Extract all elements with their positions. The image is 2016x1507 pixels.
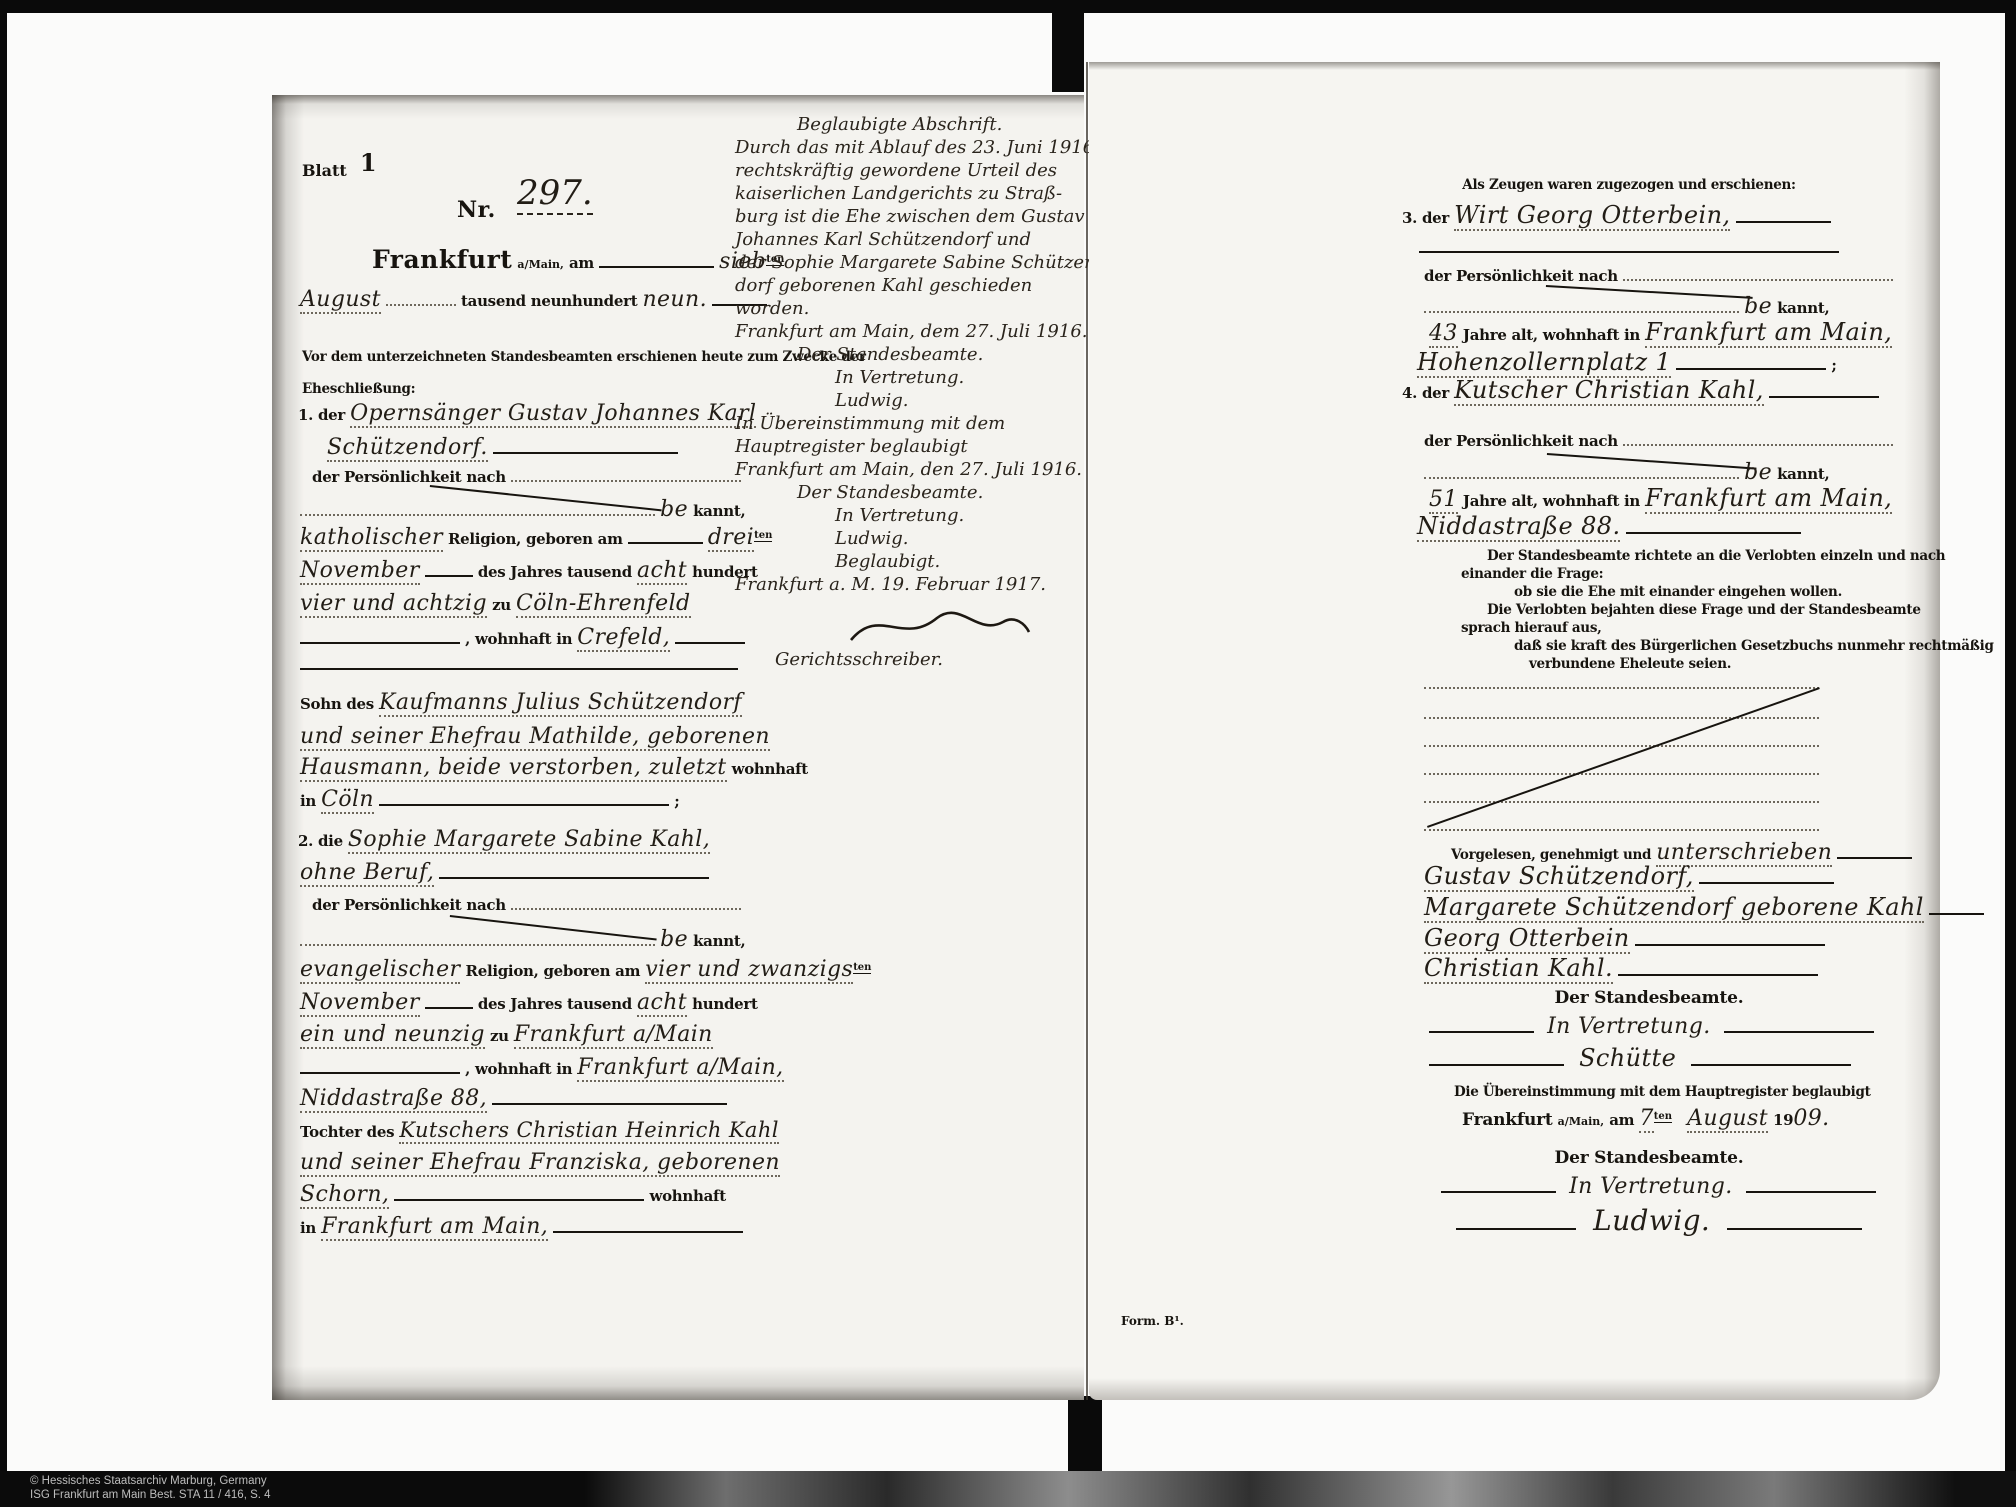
bride-identity-line: der Persönlichkeit nach xyxy=(312,895,741,914)
signature-witness3: Georg Otterbein xyxy=(1424,924,1825,952)
scan-left-border xyxy=(0,0,7,1474)
groom-mother: und seiner Ehefrau Mathilde, geborenen xyxy=(300,724,770,751)
annotation-date: Frankfurt am Main, dem 27. Juli 1916. xyxy=(735,320,1085,343)
semicolon: ; xyxy=(1831,356,1836,374)
bride-religion: evangelischer xyxy=(300,957,460,984)
bride-street-line: Niddastraße 88, xyxy=(300,1086,727,1111)
declaration-line: einander die Frage: xyxy=(1461,566,1603,582)
archive-watermark-line2: ISG Frankfurt am Main Best. STA 11 / 416… xyxy=(30,1489,271,1501)
persoenlichkeit-label: der Persönlichkeit nach xyxy=(1424,267,1618,285)
fill-dotted xyxy=(1424,817,1819,831)
signature-text: Margarete Schützendorf geborene Kahl xyxy=(1424,893,1924,923)
certification-line: Die Übereinstimmung mit dem Hauptregiste… xyxy=(1454,1084,1871,1100)
fill-line xyxy=(300,656,738,670)
fill-line xyxy=(492,1091,727,1105)
bride-century: acht xyxy=(637,990,687,1017)
bride-birth-year: ein und neunzig xyxy=(300,1022,485,1049)
groom-father: Kaufmanns Julius Schützendorf xyxy=(379,690,742,717)
wohnhaft-label: wohnhaft xyxy=(649,1187,725,1205)
bride-birth-month-line: November des Jahres tausend acht hundert xyxy=(300,990,758,1015)
wohnhaft-label: , wohnhaft in xyxy=(465,1060,572,1078)
groom-parents-status: Hausmann, beide verstorben, zuletzt xyxy=(300,755,727,782)
witnesses-header: Als Zeugen waren zugezogen und erschiene… xyxy=(1409,177,1849,193)
fill-line xyxy=(1429,1019,1534,1033)
cert-year-handwritten: 09. xyxy=(1793,1106,1829,1131)
groom-birth-year: vier und achtzig xyxy=(300,591,487,618)
kannt-label: kannt, xyxy=(1777,465,1829,483)
registrar1-signature-line: Schütte xyxy=(1429,1044,1851,1072)
bride-mother-maiden: Schorn, xyxy=(300,1182,389,1209)
page-fold-gap xyxy=(1086,62,1088,1400)
fill-line xyxy=(1419,239,1839,253)
annotation-line: burg ist die Ehe zwischen dem Gustav xyxy=(735,205,1085,228)
blatt-label: Blatt xyxy=(302,161,347,180)
bride-number: 2. die xyxy=(298,832,343,850)
fill-line xyxy=(1626,520,1801,534)
groom-birth-year-line: vier und achtzig zu Cöln-Ehrenfeld xyxy=(300,591,691,616)
bride-bekannt-line: be kannt, xyxy=(300,927,745,952)
annotation-line: Johannes Karl Schützendorf und xyxy=(735,228,1085,251)
record-number-value: 297. xyxy=(517,173,593,215)
in-vertretung: In Vertretung. xyxy=(735,504,1085,527)
witness3-street: Hohenzollernplatz 1 xyxy=(1417,348,1671,378)
groom-parents-line-1: Sohn des Kaufmanns Julius Schützendorf xyxy=(300,690,742,715)
groom-residence-line: , wohnhaft in Crefeld, xyxy=(300,625,745,650)
registrar1-signature: Schütte xyxy=(1579,1044,1676,1072)
bride-occupation: ohne Beruf, xyxy=(300,860,434,887)
groom-identity-line: der Persönlichkeit nach xyxy=(312,467,741,486)
bride-birth-year-line: ein und neunzig zu Frankfurt a/Main xyxy=(300,1022,713,1047)
in-vertretung-handwritten: In Vertretung. xyxy=(1569,1174,1733,1199)
declaration-line: ob sie die Ehe mit einander eingehen wol… xyxy=(1514,584,1842,600)
ordinal-suffix: ten xyxy=(1654,1111,1672,1123)
kannt-label: kannt, xyxy=(1777,299,1829,317)
bride-birth-day: vier und zwanzigs xyxy=(645,957,853,984)
fill-line xyxy=(1676,356,1826,370)
witness4-street-line: Niddastraße 88. xyxy=(1417,512,1801,540)
annotation-title: Beglaubigte Abschrift. xyxy=(735,113,1085,136)
wohnhaft-label: , wohnhaft in xyxy=(465,630,572,648)
in-vertretung-handwritten: In Vertretung. xyxy=(1547,1014,1711,1039)
groom-religion-line: katholischer Religion, geboren am dreite… xyxy=(300,525,772,550)
signature-bride: Margarete Schützendorf geborene Kahl xyxy=(1424,893,1984,921)
witness4-street: Niddastraße 88. xyxy=(1417,512,1620,542)
fill-line xyxy=(1727,1216,1862,1230)
witness3-city: Frankfurt am Main, xyxy=(1645,318,1892,348)
witness3-age-line: 43 Jahre alt, wohnhaft in Frankfurt am M… xyxy=(1429,318,1892,346)
groom-residence: Crefeld, xyxy=(577,625,670,652)
fill-line xyxy=(553,1219,743,1233)
fill-line xyxy=(1746,1179,1876,1193)
witness4-city: Frankfurt am Main, xyxy=(1645,484,1892,514)
declaration-line: Die Verlobten bejahten diese Frage und d… xyxy=(1487,602,1921,618)
fill-line xyxy=(300,630,460,644)
groom-parents-line-3: Hausmann, beide verstorben, zuletzt wohn… xyxy=(300,755,808,780)
persoenlichkeit-label: der Persönlichkeit nach xyxy=(312,896,506,914)
fill-line xyxy=(628,530,703,544)
signature-groom: Gustav Schützendorf, xyxy=(1424,862,1834,890)
registrar-title: Der Standesbeamte. xyxy=(735,481,1085,504)
year-printed: tausend neunhundert xyxy=(461,292,637,310)
groom-parents-line-2: und seiner Ehefrau Mathilde, geborenen xyxy=(300,724,770,749)
be-handwritten: be xyxy=(660,927,688,952)
annotation-line: dorf geborenen Kahl geschieden xyxy=(735,274,1085,297)
registrar2-signature: Ludwig. xyxy=(1593,1204,1710,1237)
date-line-2: August tausend neunhundert neun. xyxy=(300,287,767,312)
bride-birth-month: November xyxy=(300,990,420,1017)
ordinal-suffix: ten xyxy=(853,962,871,974)
semicolon: ; xyxy=(674,792,679,810)
zu-label: zu xyxy=(490,1027,509,1045)
annotation-line: der Sophie Margarete Sabine Schützen- xyxy=(735,251,1085,274)
groom-birth-place: Cöln-Ehrenfeld xyxy=(516,591,691,618)
scan-top-border xyxy=(0,0,2016,13)
am-label: am xyxy=(569,254,594,272)
registrar2-vertretung-line: In Vertretung. xyxy=(1441,1174,1876,1199)
city-suffix: a/Main, xyxy=(517,258,563,271)
intro-line-2: Eheschließung: xyxy=(302,381,415,397)
groom-name-part1: Opernsänger Gustav Johannes Karl xyxy=(350,401,756,428)
signature-text: Christian Kahl. xyxy=(1424,954,1613,984)
tochter-des-label: Tochter des xyxy=(300,1123,394,1141)
annotation-line: rechtskräftig gewordene Urteil des xyxy=(735,159,1085,182)
in-label: in xyxy=(300,792,316,810)
bride-father: Kutschers Christian Heinrich Kahl xyxy=(399,1118,779,1144)
registrar-signature: Ludwig. xyxy=(735,389,1085,412)
cert-day-handwritten: 7 xyxy=(1639,1106,1653,1133)
witness4-bekannt-line: be kannt, xyxy=(1424,460,1829,485)
groom-line-1: 1. der Opernsänger Gustav Johannes Karl xyxy=(298,401,756,426)
witness4-name: Kutscher Christian Kahl, xyxy=(1454,376,1764,406)
date-line-1: Frankfurt a/Main, am siebten xyxy=(372,245,784,274)
fill-dotted xyxy=(511,896,741,910)
fill-line xyxy=(439,865,709,879)
fill-dotted xyxy=(1424,733,1819,747)
bride-parents-residence: Frankfurt am Main, xyxy=(321,1214,548,1241)
witness4-identity-line: der Persönlichkeit nach xyxy=(1424,431,1893,450)
jahres-label: des Jahres tausend xyxy=(478,563,632,581)
registrar1-vertretung-line: In Vertretung. xyxy=(1429,1014,1874,1039)
persoenlichkeit-label: der Persönlichkeit nach xyxy=(1424,432,1618,450)
fill-line xyxy=(599,254,714,268)
left-page: Blatt 1 Nr. 297. Frankfurt a/Main, am si… xyxy=(272,95,1084,1400)
witness3-street-line: Hohenzollernplatz 1 ; xyxy=(1417,348,1837,376)
cert-city: Frankfurt xyxy=(1462,1110,1553,1130)
be-handwritten: be xyxy=(1744,460,1772,485)
blatt-number: 1 xyxy=(360,148,377,177)
fill-dotted xyxy=(1424,675,1819,689)
cert-city-suffix: a/Main, xyxy=(1558,1115,1604,1128)
fill-dotted xyxy=(1424,299,1739,313)
registrar-title: Der Standesbeamte. xyxy=(735,343,1085,366)
annotation-line: kaiserlichen Landgerichts zu Straß- xyxy=(735,182,1085,205)
witness3-number: 3. der xyxy=(1402,209,1449,227)
religion-born-label: Religion, geboren am xyxy=(448,530,623,548)
groom-line-2: Schützendorf. xyxy=(327,435,678,460)
bride-parents-residence-line: in Frankfurt am Main, xyxy=(300,1214,743,1239)
hundert-label: hundert xyxy=(692,995,757,1013)
fill-dotted xyxy=(1623,432,1893,446)
groom-surname: Schützendorf. xyxy=(327,435,488,462)
witness3-identity-line: der Persönlichkeit nach xyxy=(1424,266,1893,285)
witness3-line: 3. der Wirt Georg Otterbein, xyxy=(1402,201,1831,229)
groom-birth-month: November xyxy=(300,558,420,585)
registrar-title: Der Standesbeamte. xyxy=(1509,1148,1789,1168)
fill-line xyxy=(394,1187,644,1201)
groom-bekannt-line: be kannt, xyxy=(300,497,745,522)
fill-line xyxy=(1769,384,1879,398)
scan-bottom-bar xyxy=(0,1471,2016,1507)
city-label: Frankfurt xyxy=(372,245,512,274)
bride-religion-line: evangelischer Religion, geboren am vier … xyxy=(300,957,871,982)
fill-line xyxy=(1618,962,1818,976)
fill-dotted xyxy=(386,292,456,306)
fill-line xyxy=(1724,1019,1874,1033)
fill-line xyxy=(1635,932,1825,946)
witness4-number: 4. der xyxy=(1402,384,1449,402)
declaration-line: sprach hierauf aus, xyxy=(1461,620,1602,636)
bride-parents-line-1: Tochter des Kutschers Christian Heinrich… xyxy=(300,1118,779,1142)
bride-street: Niddastraße 88, xyxy=(300,1086,487,1113)
fill-line xyxy=(1456,1216,1576,1230)
right-page: Als Zeugen waren zugezogen und erschiene… xyxy=(1089,62,1940,1400)
scan-right-border xyxy=(2005,0,2016,1507)
am-label: am xyxy=(1609,1111,1634,1129)
fill-dotted xyxy=(511,468,741,482)
vorgelesen-label: Vorgelesen, genehmigt und xyxy=(1451,847,1651,863)
fill-line xyxy=(300,1060,460,1074)
groom-religion: katholischer xyxy=(300,525,443,552)
annotation-date: Frankfurt a. M. 19. Februar 1917. xyxy=(735,573,1085,596)
record-number-label: Nr. xyxy=(457,197,496,223)
scan-center-top-mark xyxy=(1052,0,1084,92)
wohnhaft-label: wohnhaft xyxy=(732,760,808,778)
signature-text: Georg Otterbein xyxy=(1424,924,1630,954)
bride-parents-line-3: Schorn, wohnhaft xyxy=(300,1182,726,1207)
fill-line xyxy=(425,563,473,577)
bride-name: Sophie Margarete Sabine Kahl, xyxy=(348,827,710,854)
bride-residence-line: , wohnhaft in Frankfurt a/Main, xyxy=(300,1055,784,1080)
fill-dotted xyxy=(1424,465,1739,479)
annotation-line: In Übereinstimmung mit dem xyxy=(735,412,1085,435)
witness3-name: Wirt Georg Otterbein, xyxy=(1454,201,1730,231)
margin-annotation: Beglaubigte Abschrift. Durch das mit Abl… xyxy=(735,113,1085,671)
groom-parents-residence-line: in Cöln ; xyxy=(300,787,679,812)
annotation-line: Hauptregister beglaubigt xyxy=(735,435,1085,458)
year-handwritten: neun. xyxy=(642,287,707,312)
age-label: Jahre alt, wohnhaft in xyxy=(1463,492,1640,510)
declaration-line: daß sie kraft des Bürgerlichen Gesetzbuc… xyxy=(1514,638,1994,654)
annotation-date: Frankfurt am Main, den 27. Juli 1916. xyxy=(735,458,1085,481)
religion-born-label: Religion, geboren am xyxy=(466,962,641,980)
witness3-bekannt-line: be kannt, xyxy=(1424,294,1829,319)
fill-line xyxy=(1736,209,1831,223)
bride-mother: und seiner Ehefrau Franziska, geborenen xyxy=(300,1150,780,1177)
zu-label: zu xyxy=(492,596,511,614)
fill-dotted xyxy=(300,502,655,516)
blatt-line: Blatt 1 xyxy=(302,153,377,182)
annotation-line: worden. xyxy=(735,297,1085,320)
certification-date-line: Frankfurt a/Main, am 7ten August 1909. xyxy=(1462,1106,1830,1131)
fill-line xyxy=(1837,845,1912,859)
cert-year-printed: 19 xyxy=(1773,1111,1793,1129)
fill-dotted xyxy=(1424,789,1819,803)
groom-parents-residence: Cöln xyxy=(321,787,374,814)
archive-watermark-line1: © Hessisches Staatsarchiv Marburg, Germa… xyxy=(30,1475,267,1487)
fill-line xyxy=(493,440,678,454)
groom-number: 1. der xyxy=(298,406,345,424)
be-handwritten: be xyxy=(1744,294,1772,319)
witness3-age: 43 xyxy=(1429,321,1458,348)
bride-residence: Frankfurt a/Main, xyxy=(577,1055,783,1082)
beglaubigt-note: Beglaubigt. xyxy=(735,550,1085,573)
witness4-line: 4. der Kutscher Christian Kahl, xyxy=(1402,376,1879,404)
fill-line xyxy=(425,995,473,1009)
witness4-age-line: 51 Jahre alt, wohnhaft in Frankfurt am M… xyxy=(1429,484,1892,512)
declaration-line: verbundene Eheleute seien. xyxy=(1529,656,1731,672)
groom-birth-month-line: November des Jahres tausend acht hundert xyxy=(300,558,758,583)
jahres-label: des Jahres tausend xyxy=(478,995,632,1013)
registrar2-signature-line: Ludwig. xyxy=(1456,1204,1862,1237)
signature-witness4: Christian Kahl. xyxy=(1424,954,1818,982)
month-handwritten: August xyxy=(300,287,381,314)
persoenlichkeit-label: der Persönlichkeit nach xyxy=(312,468,506,486)
kannt-label: kannt, xyxy=(693,932,745,950)
in-vertretung: In Vertretung. xyxy=(735,366,1085,389)
annotation-line: Durch das mit Ablauf des 23. Juni 1916 xyxy=(735,136,1085,159)
scanned-document-canvas: © Hessisches Staatsarchiv Marburg, Germa… xyxy=(0,0,2016,1507)
signature-text: Gustav Schützendorf, xyxy=(1424,862,1694,892)
fill-line xyxy=(379,792,669,806)
registrar-title: Der Standesbeamte. xyxy=(1509,988,1789,1008)
groom-century: acht xyxy=(637,558,687,585)
fill-dotted xyxy=(1424,761,1819,775)
bride-birth-place: Frankfurt a/Main xyxy=(514,1022,713,1049)
witness4-age: 51 xyxy=(1429,487,1458,514)
be-handwritten: be xyxy=(660,497,688,522)
court-clerk-signature-flourish xyxy=(845,602,1035,650)
age-label: Jahre alt, wohnhaft in xyxy=(1463,326,1640,344)
fill-line xyxy=(1429,1052,1564,1066)
bride-parents-line-2: und seiner Ehefrau Franziska, geborenen xyxy=(300,1150,780,1175)
form-reference: Form. B¹. xyxy=(1121,1314,1184,1328)
fill-line xyxy=(1929,901,1984,915)
declaration-line: Der Standesbeamte richtete an die Verlob… xyxy=(1487,548,1945,564)
blank-rule xyxy=(300,655,738,674)
sohn-des-label: Sohn des xyxy=(300,695,374,713)
fill-line xyxy=(1441,1179,1556,1193)
registrar-signature: Ludwig. xyxy=(735,527,1085,550)
bride-occupation-line: ohne Beruf, xyxy=(300,860,709,885)
scan-center-bottom-mark xyxy=(1068,1396,1102,1474)
in-label: in xyxy=(300,1219,316,1237)
fill-dotted xyxy=(300,932,655,946)
fill-line xyxy=(1691,1052,1851,1066)
blank-rule xyxy=(1419,238,1839,257)
bride-line-1: 2. die Sophie Margarete Sabine Kahl, xyxy=(298,827,710,852)
court-clerk-label: Gerichtsschreiber. xyxy=(735,648,1085,671)
fill-line xyxy=(1699,870,1834,884)
fill-dotted xyxy=(1623,267,1893,281)
cert-month-handwritten: August xyxy=(1687,1106,1768,1133)
